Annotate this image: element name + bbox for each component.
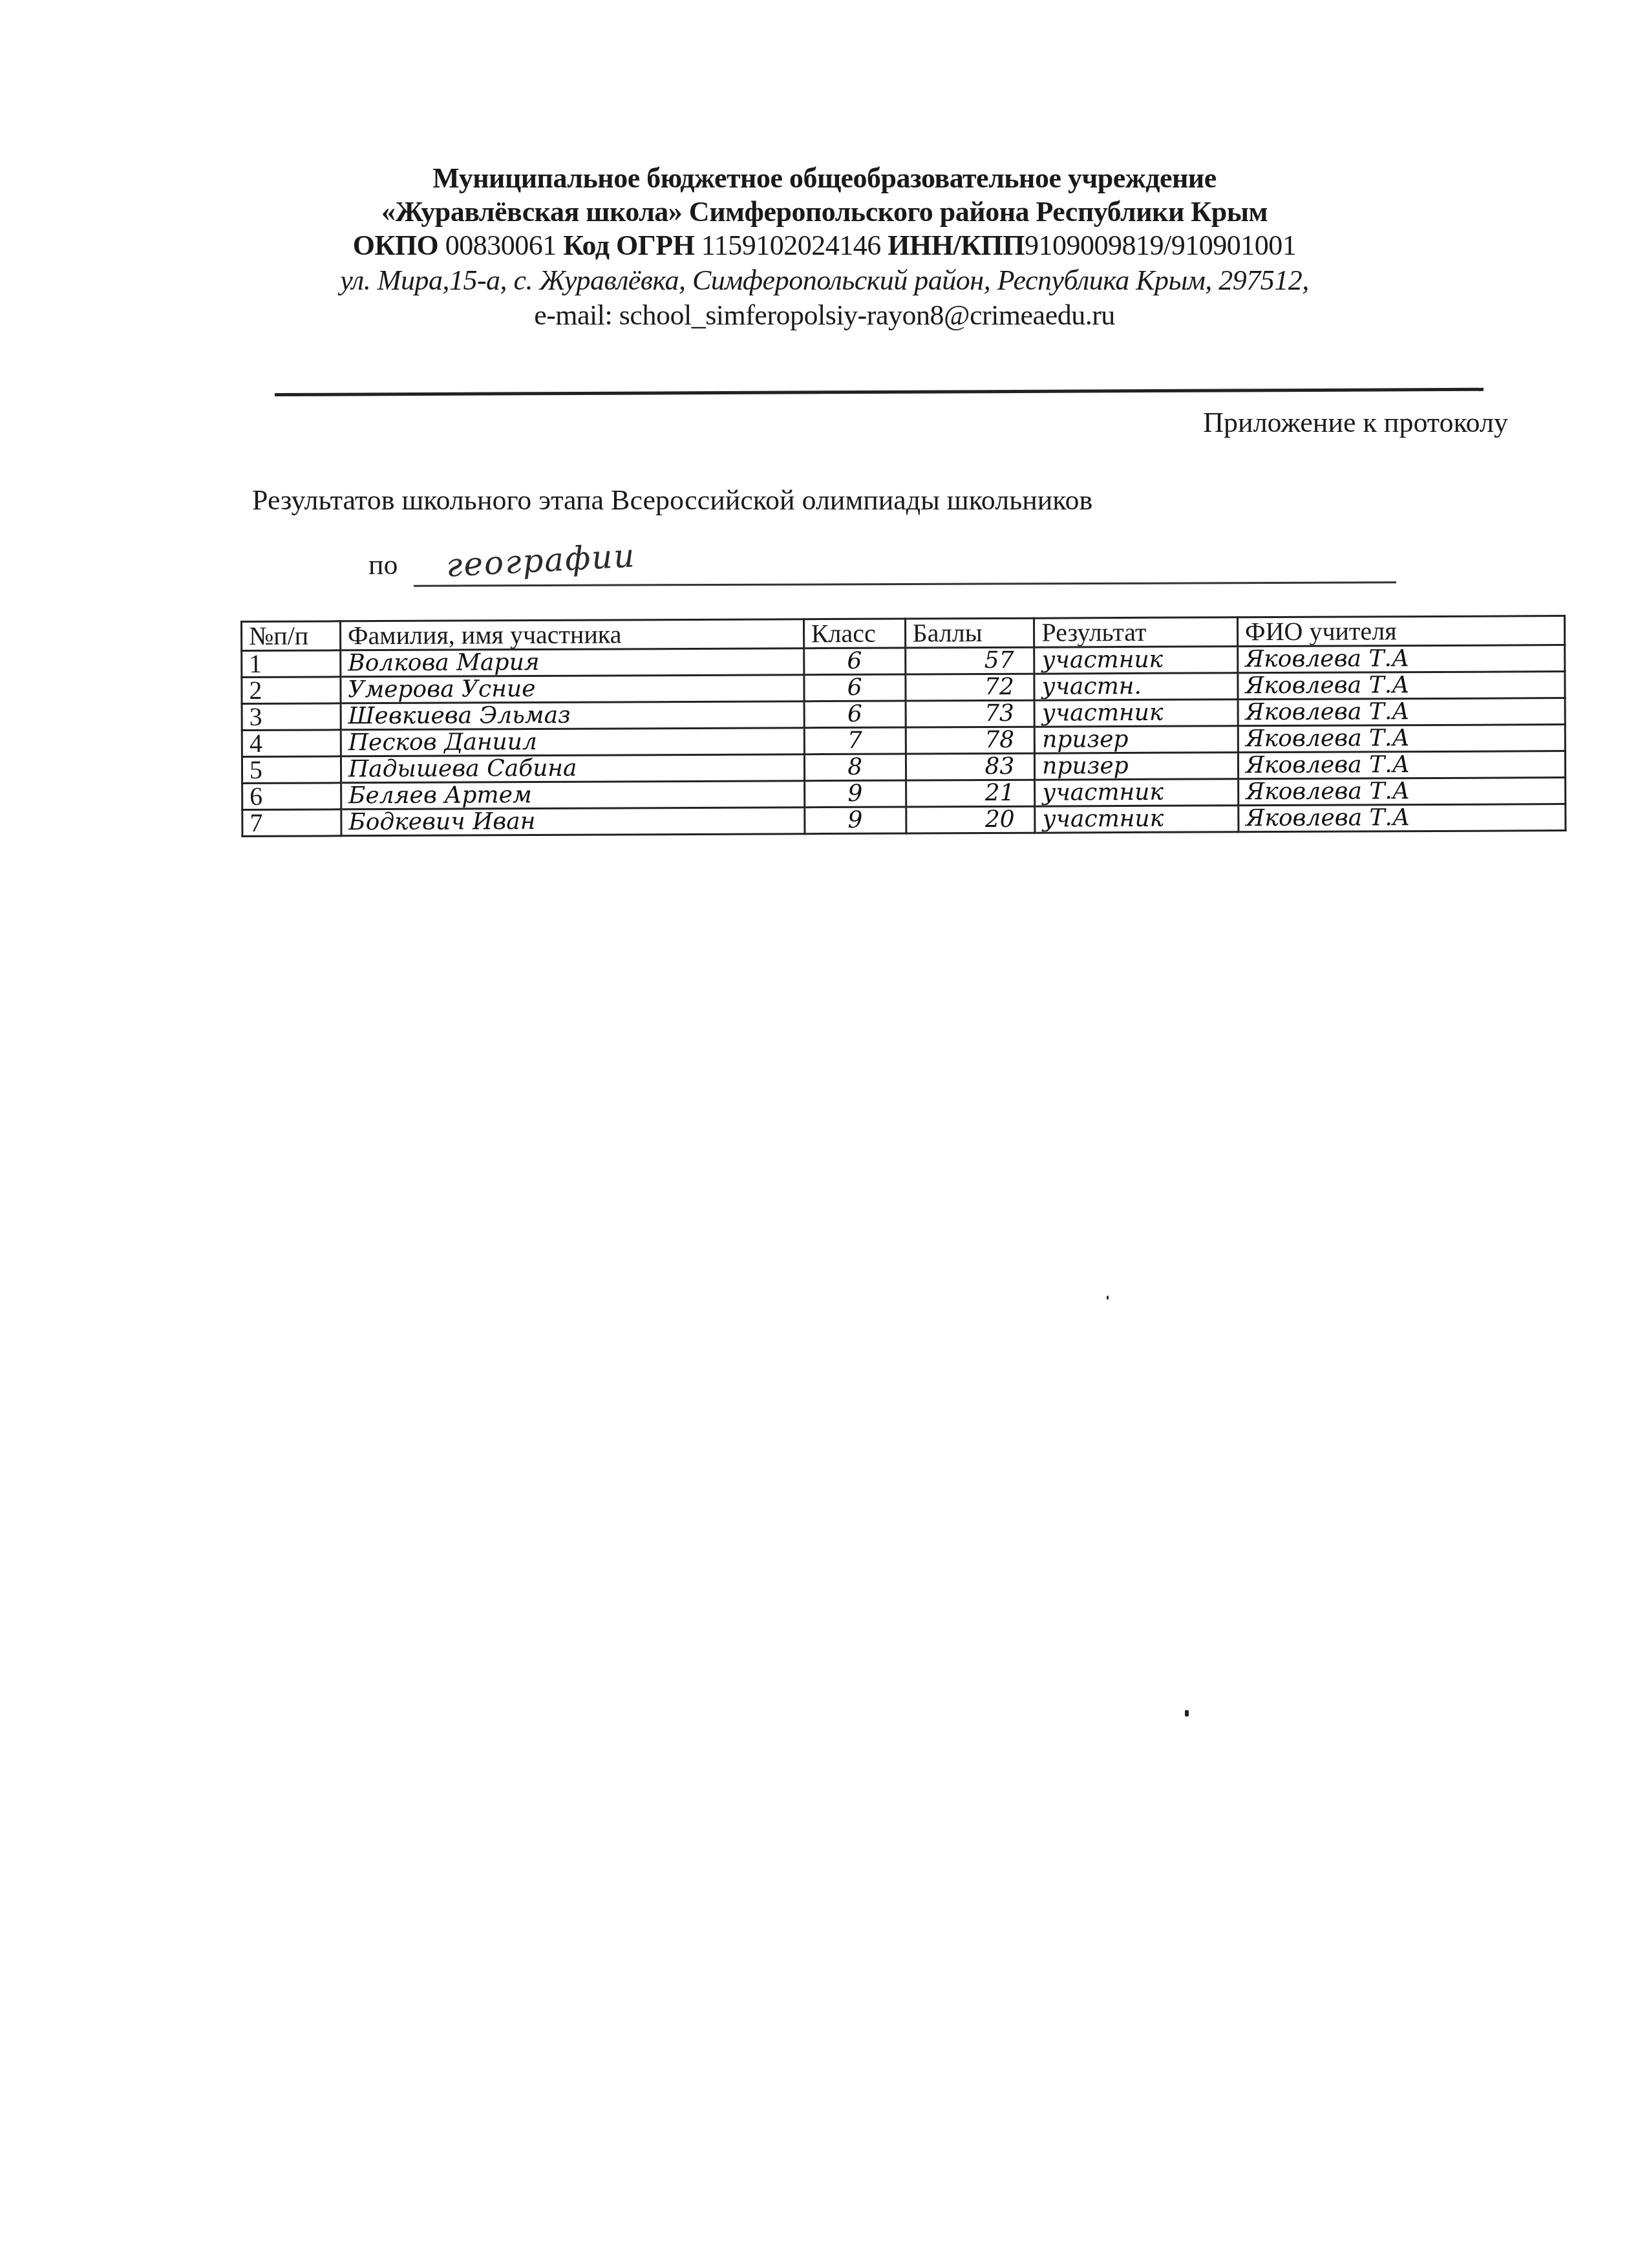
cell-class: 6	[804, 674, 906, 701]
header-teacher: ФИО учителя	[1237, 616, 1564, 647]
cell-class: 6	[804, 701, 906, 728]
cell-name: Волкова Мария	[341, 648, 804, 677]
cell-score: 72	[905, 674, 1034, 701]
cell-score: 57	[905, 647, 1034, 674]
cell-score: 78	[906, 727, 1035, 754]
scan-speck	[1185, 1710, 1189, 1717]
cell-teacher: Яковлева Т.А	[1238, 672, 1565, 700]
cell-class: 6	[803, 648, 905, 675]
scan-speck	[1107, 1296, 1109, 1300]
cell-num: 5	[242, 756, 341, 784]
ogrn-label: Код ОГРН	[563, 230, 694, 261]
cell-num: 1	[242, 650, 341, 678]
cell-score: 20	[906, 806, 1035, 833]
results-title: Результатов школьного этапа Всероссийско…	[252, 484, 1092, 517]
subject-underline	[414, 581, 1396, 586]
cell-num: 3	[242, 703, 341, 731]
cell-name: Песков Даниил	[341, 728, 804, 756]
okpo-label: ОКПО	[353, 230, 439, 261]
header-result: Результат	[1034, 617, 1238, 647]
cell-teacher: Яковлева Т.А	[1238, 698, 1565, 726]
header-score: Баллы	[905, 618, 1034, 648]
inn-value: 9109009819/910901001	[1025, 230, 1296, 261]
school-name: «Журавлёвская школа» Симферопольского ра…	[0, 194, 1649, 230]
cell-name: Умерова Усние	[341, 675, 804, 703]
subject-handwritten: географии	[445, 537, 637, 584]
cell-num: 7	[242, 809, 341, 837]
cell-result: призер	[1035, 753, 1239, 780]
header-num: №п/п	[242, 621, 341, 651]
cell-class: 9	[804, 780, 906, 808]
cell-num: 2	[242, 677, 341, 704]
cell-score: 21	[906, 780, 1035, 807]
cell-score: 73	[906, 700, 1035, 727]
cell-teacher: Яковлева Т.А	[1239, 804, 1566, 832]
cell-class: 8	[804, 754, 906, 781]
cell-result: участник	[1034, 647, 1238, 674]
cell-teacher: Яковлева Т.А	[1238, 751, 1565, 779]
appendix-label: Приложение к протоколу	[1203, 406, 1508, 439]
cell-num: 6	[242, 783, 341, 810]
school-email: e-mail: school_simferopolsiy-rayon8@crim…	[0, 297, 1649, 334]
school-address: ул. Мира,15-а, с. Журавлёвка, Симферопол…	[0, 262, 1649, 299]
okpo-value: 00830061	[445, 230, 557, 261]
ogrn-value: 1159102024146	[701, 230, 881, 261]
cell-score: 83	[906, 753, 1035, 780]
registration-codes: ОКПО 00830061 Код ОГРН 1159102024146 ИНН…	[0, 228, 1649, 264]
cell-result: участник	[1035, 779, 1239, 806]
cell-name: Шевкиева Эльмаз	[341, 701, 804, 730]
cell-result: участник	[1034, 700, 1238, 727]
cell-name: Бодкевич Иван	[341, 808, 805, 836]
cell-result: участн.	[1034, 673, 1238, 700]
cell-class: 7	[804, 727, 906, 754]
table-row: 7Бодкевич Иван920участникЯковлева Т.А	[242, 804, 1566, 837]
institution-name: Муниципальное бюджетное общеобразователь…	[0, 160, 1649, 197]
header-divider	[275, 388, 1484, 396]
cell-name: Падышева Сабина	[341, 754, 804, 783]
cell-teacher: Яковлева Т.А	[1238, 645, 1565, 673]
subject-prefix: по	[368, 548, 398, 581]
cell-num: 4	[242, 730, 341, 757]
cell-result: призер	[1035, 726, 1239, 753]
header-class: Класс	[803, 619, 905, 648]
results-table: №п/п Фамилия, имя участника Класс Баллы …	[240, 615, 1566, 837]
cell-teacher: Яковлева Т.А	[1238, 778, 1565, 806]
cell-teacher: Яковлева Т.А	[1238, 725, 1565, 753]
header-name: Фамилия, имя участника	[340, 619, 803, 650]
inn-label: ИНН/КПП	[888, 230, 1025, 261]
cell-result: участник	[1035, 806, 1239, 833]
cell-class: 9	[805, 807, 906, 834]
cell-name: Беляев Артем	[341, 781, 804, 809]
